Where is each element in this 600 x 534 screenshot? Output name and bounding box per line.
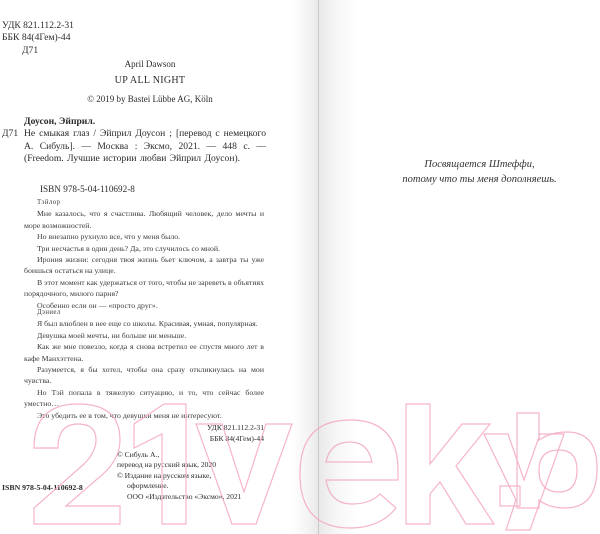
speaker-name: Тэйлор bbox=[24, 197, 264, 208]
speaker-name: Дэниел bbox=[24, 307, 264, 318]
annotation-daniel: Дэниел Я был влюблен в нее еще со школы.… bbox=[24, 307, 264, 421]
annotation-paragraph: Три несчастья в один день? Да, это случи… bbox=[24, 243, 264, 254]
rights-line: © Издание на русском языке, bbox=[117, 471, 241, 481]
author-mark: Д71 bbox=[22, 45, 38, 57]
rights-notice: © Сибуль А., перевод на русский язык, 20… bbox=[117, 450, 241, 502]
original-title: UP ALL NIGHT bbox=[0, 75, 300, 87]
footer-bbk: ББК 84(4Гем)-44 bbox=[0, 433, 264, 445]
dedication: Посвящается Штеффи, потому что ты меня д… bbox=[319, 157, 600, 187]
original-copyright: © 2019 by Bastei Lübbe AG, Köln bbox=[0, 93, 300, 105]
udk-code: УДК 821.112.2-31 bbox=[2, 20, 74, 32]
annotation-paragraph: Разумеется, я бы хотел, чтобы она сразу … bbox=[24, 364, 264, 387]
rights-line: оформление. bbox=[117, 481, 241, 491]
rights-line: ООО «Издательство «Эксмо», 2021 bbox=[117, 492, 241, 502]
bibliographic-code: Д71 bbox=[2, 128, 18, 140]
dedication-line: потому что ты меня дополняешь. bbox=[319, 172, 600, 187]
rights-line: перевод на русский язык, 2020 bbox=[117, 460, 241, 470]
annotation-taylor: Тэйлор Мне казалось, что я счастлива. Лю… bbox=[24, 197, 264, 311]
bibliographic-description: Не смыкая глаз / Эйприл Доусон ; [перево… bbox=[24, 128, 266, 166]
left-page-copyright: УДК 821.112.2-31 ББК 84(4Гем)-44 Д71 Apr… bbox=[0, 0, 318, 534]
original-author: April Dawson bbox=[0, 58, 300, 70]
page-gutter-shadow bbox=[290, 0, 320, 534]
annotation-paragraph: Но внезапно рухнуло все, что у меня было… bbox=[24, 231, 264, 242]
annotation-paragraph: Мне казалось, что я счастлива. Любящий ч… bbox=[24, 208, 264, 231]
book-spread: УДК 821.112.2-31 ББК 84(4Гем)-44 Д71 Apr… bbox=[0, 0, 600, 534]
footer-isbn: ISBN 978-5-04-110692-8 bbox=[2, 482, 83, 494]
bbk-code: ББК 84(4Гем)-44 bbox=[2, 32, 71, 44]
annotation-paragraph: В этот момент как удержаться от того, чт… bbox=[24, 277, 264, 300]
annotation-paragraph: Как же мне повезло, когда я снова встрет… bbox=[24, 341, 264, 364]
bibliographic-heading: Доусон, Эйприл. bbox=[24, 116, 95, 128]
annotation-paragraph: Девушка моей мечты, ни больше ни меньше. bbox=[24, 330, 264, 341]
annotation-paragraph: Но Тэй попала в тяжелую ситуацию, и то, … bbox=[24, 387, 264, 410]
annotation-paragraph: Ирония жизни: сегодня твоя жизнь бьет кл… bbox=[24, 254, 264, 277]
annotation-paragraph: Это убедить ее в том, что девушки меня н… bbox=[24, 410, 264, 421]
annotation-paragraph: Я был влюблен в нее еще со школы. Красив… bbox=[24, 318, 264, 329]
dedication-line: Посвящается Штеффи, bbox=[319, 157, 600, 172]
right-page-dedication bbox=[319, 0, 600, 534]
rights-line: © Сибуль А., bbox=[117, 450, 241, 460]
isbn: ISBN 978-5-04-110692-8 bbox=[40, 183, 135, 195]
